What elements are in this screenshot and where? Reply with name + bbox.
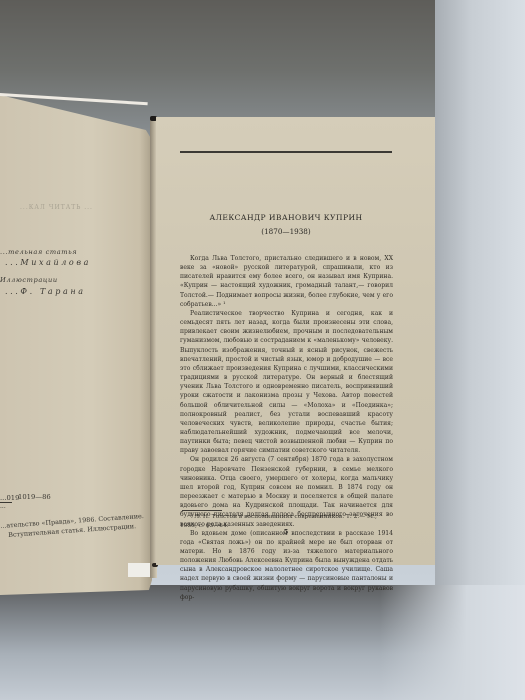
catalog-code-series: 1019—86 [18, 493, 51, 501]
catalog-code-numerator: ...019 [0, 494, 19, 502]
author-years: (1870—1938) [175, 227, 397, 236]
chapter-title: АЛЕКСАНДР ИВАНОВИЧ КУПРИН [175, 213, 397, 222]
header-rule [180, 151, 392, 153]
footnote-rule [182, 510, 222, 511]
paragraph: Когда Льва Толстого, пристально следивше… [180, 254, 393, 309]
paragraph: Во вдовьем доме (описанном впоследствии … [180, 529, 393, 602]
catalog-code-denominator: ... [0, 503, 6, 510]
left-page-bottom-edge [128, 563, 150, 577]
paragraph: Реалистическое творчество Куприна и сего… [180, 309, 393, 456]
table-light [380, 585, 525, 700]
page-number: 5 [280, 528, 292, 536]
illustrations-label: Иллюстрации [0, 276, 58, 284]
illustrator-name: ...Ф. Тарана [5, 287, 86, 296]
left-page-faint-text: ...КАЛ ЧИТАТЬ ... [20, 204, 93, 211]
intro-author: ...Михайлова [5, 258, 91, 267]
intro-label: ...тельная статья [0, 248, 77, 256]
body-text: Когда Льва Толстого, пристально следивше… [180, 254, 393, 602]
